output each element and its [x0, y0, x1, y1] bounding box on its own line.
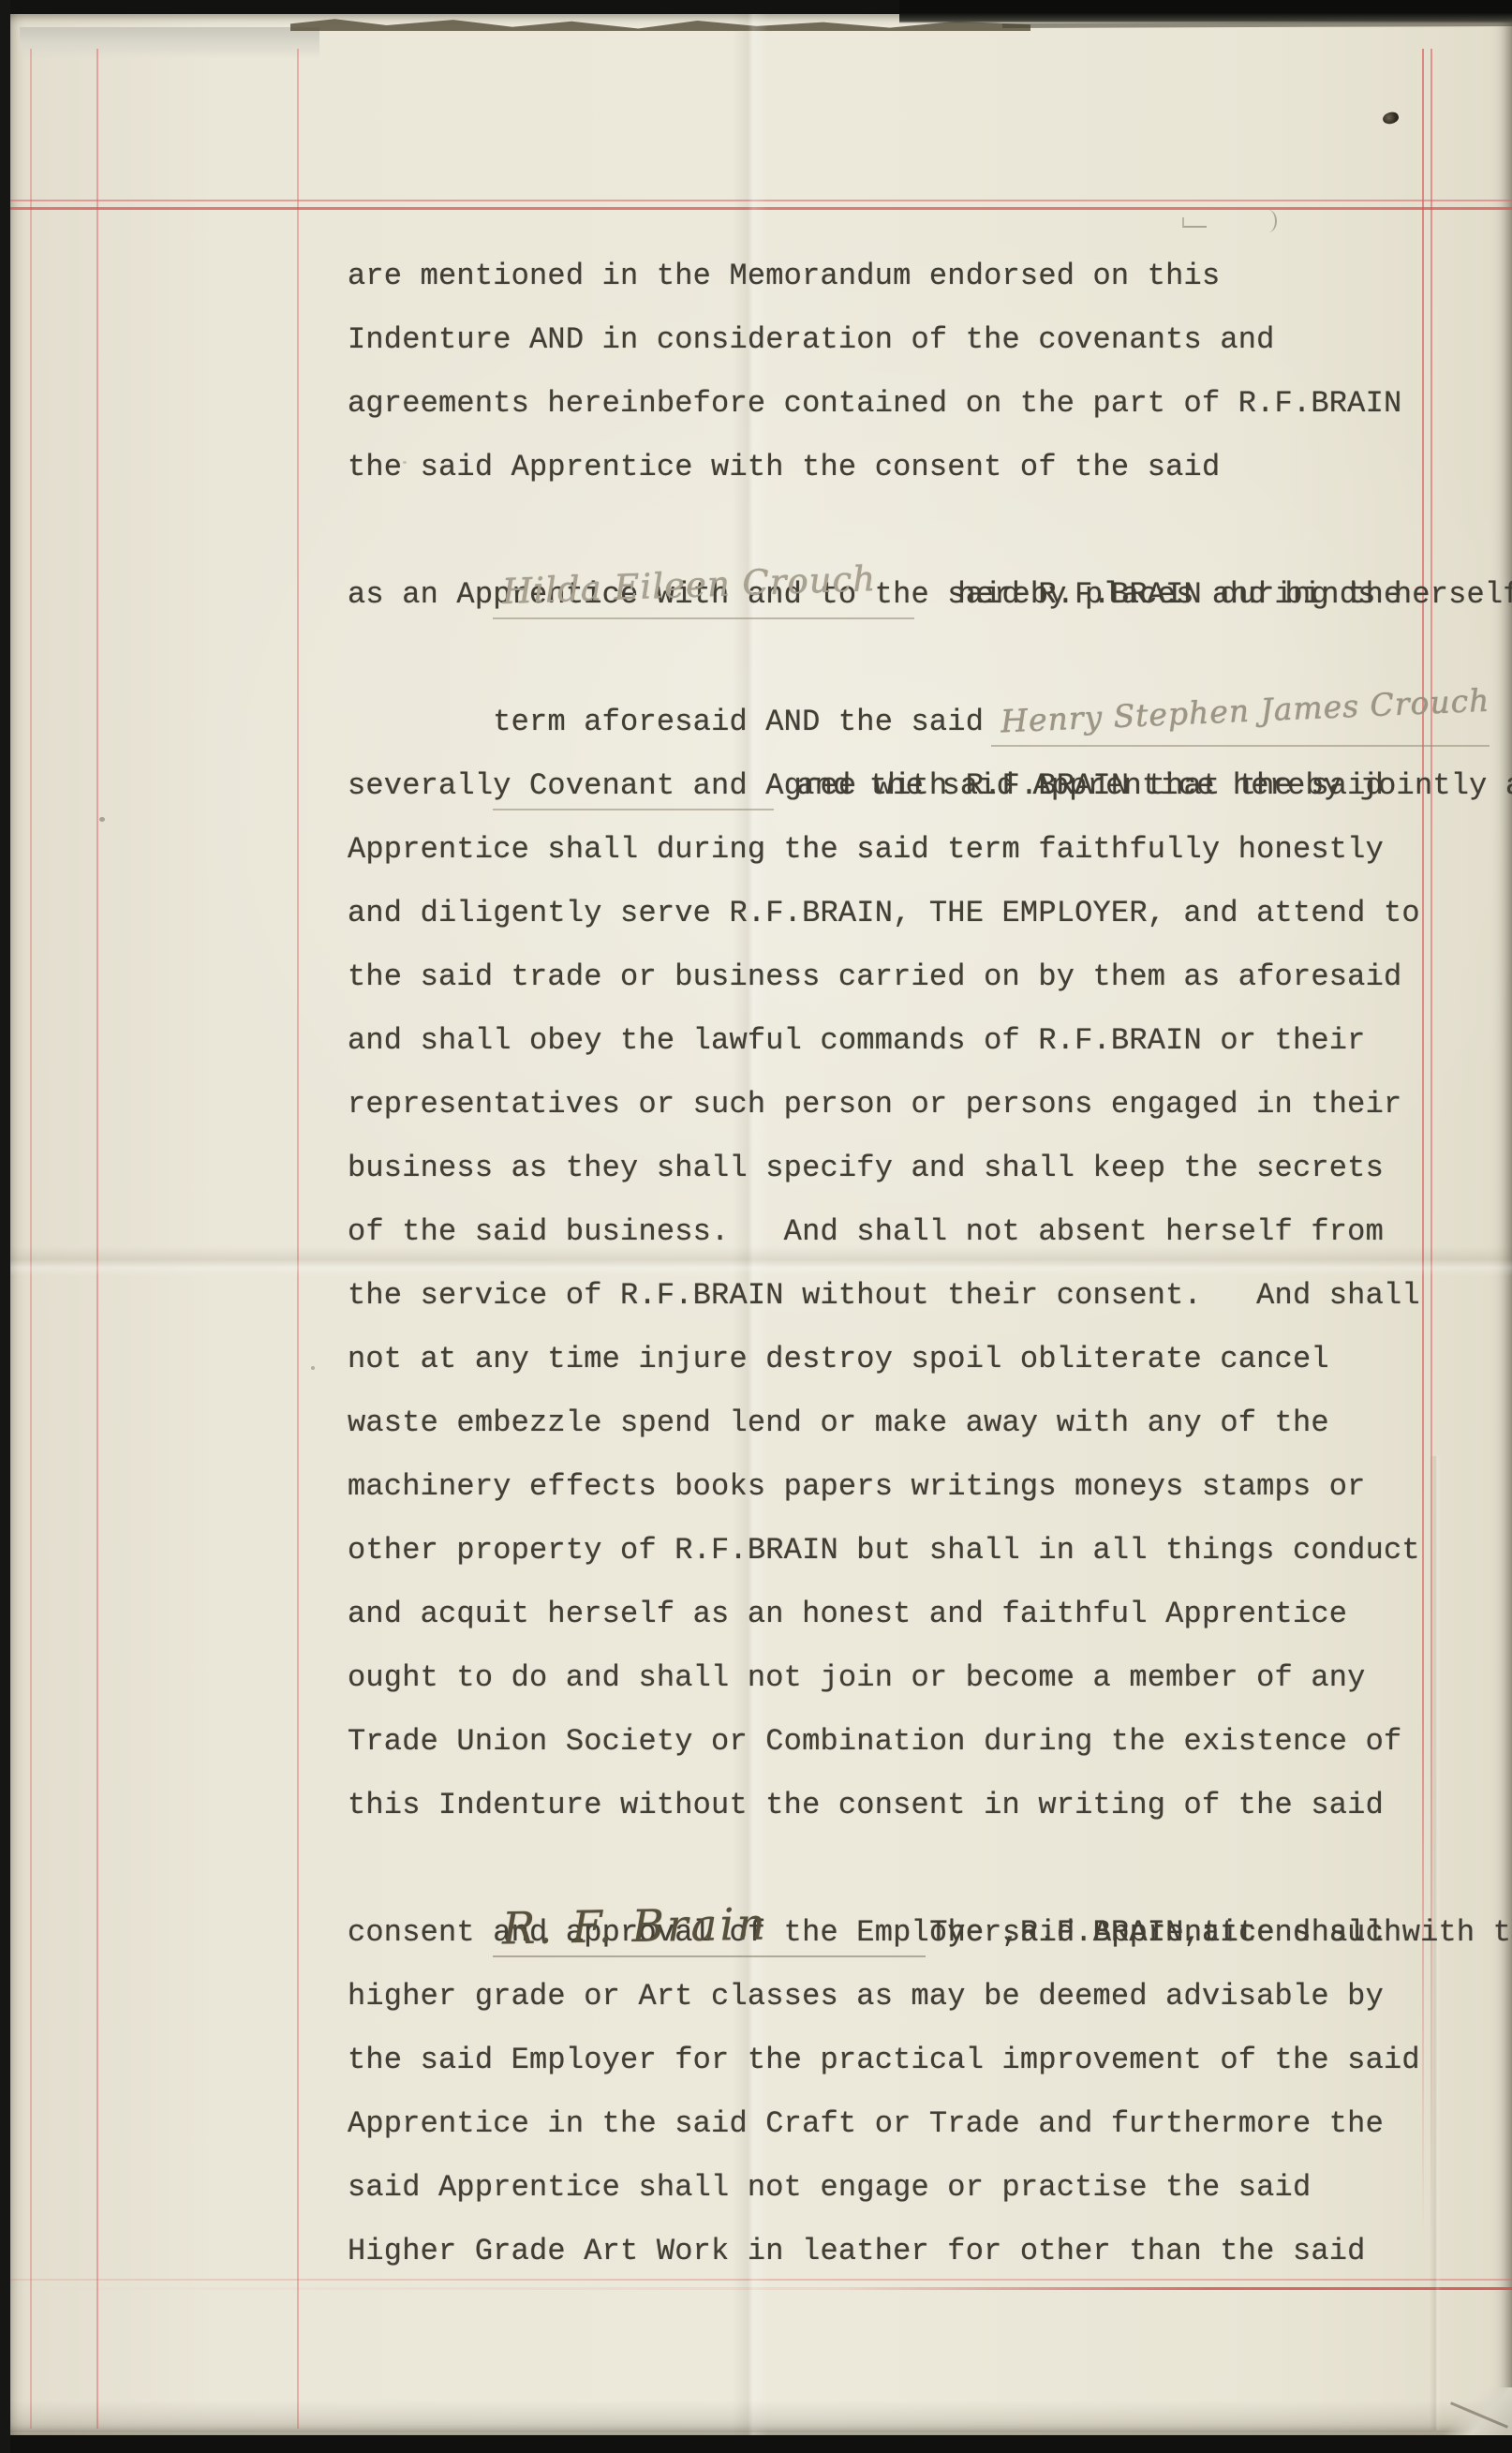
typed-line-with-signature: R. F. BrainThe said Apprentice shall wit…: [348, 1837, 1512, 1901]
typed-text: and diligently serve R.F.BRAIN, THE EMPL…: [348, 896, 1420, 930]
typed-text: term aforesaid AND the said: [493, 705, 984, 739]
typed-text: of the said business. And shall not abse…: [348, 1214, 1384, 1249]
typed-line: other property of R.F.BRAIN but shall in…: [348, 1519, 1512, 1583]
typed-text: Apprentice shall during the said term fa…: [348, 832, 1384, 867]
margin-rule-left-main: [297, 49, 299, 2429]
typed-text: Trade Union Society or Combination durin…: [348, 1724, 1401, 1759]
typed-line: the service of R.F.BRAIN without their c…: [348, 1264, 1512, 1328]
typed-line-with-handwriting: Hilda Eileen Crouchhereby places and bin…: [348, 499, 1512, 563]
handwritten-parent-name: Henry Stephen James Crouch: [1000, 669, 1491, 754]
typed-text: machinery effects books papers writings …: [348, 1469, 1366, 1504]
typed-text: representatives or such person or person…: [348, 1087, 1401, 1122]
fill-in-underline: Henry Stephen James Crouch: [991, 691, 1490, 754]
typed-line: Apprentice shall during the said term fa…: [348, 818, 1512, 882]
typed-line: the said Apprentice with the consent of …: [348, 436, 1512, 499]
typed-text: said Apprentice shall not engage or prac…: [348, 2170, 1311, 2205]
typed-line: higher grade or Art classes as may be de…: [348, 1965, 1512, 2029]
signature-underline: R. F. Brain: [493, 1901, 926, 1965]
blank-underline: [493, 754, 774, 818]
typed-text: the said trade or business carried on by…: [348, 959, 1401, 994]
ink-blot: [1382, 111, 1401, 126]
typed-line: and acquit herself as an honest and fait…: [348, 1583, 1512, 1646]
typed-line: not at any time injure destroy spoil obl…: [348, 1328, 1512, 1391]
typed-text: this Indenture without the consent in wr…: [348, 1788, 1384, 1822]
typed-line: and diligently serve R.F.BRAIN, THE EMPL…: [348, 882, 1512, 945]
typed-line: are mentioned in the Memorandum endorsed…: [348, 245, 1512, 308]
scan-edge-bottom: [0, 2435, 1512, 2453]
typed-text: the said Apprentice with the consent of …: [348, 450, 1220, 484]
typed-line: waste embezzle spend lend or make away w…: [348, 1391, 1512, 1455]
typed-text: Higher Grade Art Work in leather for oth…: [348, 2234, 1366, 2268]
typed-text: the service of R.F.BRAIN without their c…: [348, 1278, 1420, 1313]
typed-text: other property of R.F.BRAIN but shall in…: [348, 1533, 1420, 1568]
handwritten-apprentice-name: Hilda Eileen Crouch: [501, 547, 877, 624]
typed-line: of the said business. And shall not abse…: [348, 1200, 1512, 1264]
typed-text: Apprentice in the said Craft or Trade an…: [348, 2106, 1384, 2141]
scan-edge-top-right: [899, 0, 1512, 23]
margin-rule-left-outer: [30, 49, 32, 2429]
scan-edge-left: [0, 0, 10, 2453]
paper-speck: [99, 817, 105, 822]
body-text: are mentioned in the Memorandum endorsed…: [348, 245, 1512, 2283]
typed-text: business as they shall specify and shall…: [348, 1151, 1384, 1185]
typed-line: Apprentice in the said Craft or Trade an…: [348, 2092, 1512, 2156]
typed-line-with-handwriting: term aforesaid AND the saidHenry Stephen…: [348, 627, 1512, 691]
typed-line: this Indenture without the consent in wr…: [348, 1774, 1512, 1837]
typed-text: and acquit herself as an honest and fait…: [348, 1597, 1347, 1631]
typed-line: the said trade or business carried on by…: [348, 945, 1512, 1009]
margin-rule-left-inner: [96, 49, 98, 2429]
employer-signature: R. F. Brain: [502, 1894, 769, 1962]
typed-line: machinery effects books papers writings …: [348, 1455, 1512, 1519]
typed-text: and shall obey the lawful commands of R.…: [348, 1023, 1366, 1058]
typed-line: business as they shall specify and shall…: [348, 1137, 1512, 1200]
typed-line: representatives or such person or person…: [348, 1073, 1512, 1137]
typed-text: waste embezzle spend lend or make away w…: [348, 1405, 1329, 1440]
typed-line: Trade Union Society or Combination durin…: [348, 1710, 1512, 1774]
typed-text: higher grade or Art classes as may be de…: [348, 1979, 1384, 2014]
bottom-edge-shadow: [9, 2401, 1512, 2432]
typed-text: are mentioned in the Memorandum endorsed…: [348, 259, 1220, 293]
typed-text: ought to do and shall not join or become…: [348, 1660, 1366, 1695]
typed-line: Higher Grade Art Work in leather for oth…: [348, 2220, 1512, 2283]
typed-line: agreements hereinbefore contained on the…: [348, 372, 1512, 436]
typed-line: Indenture AND in consideration of the co…: [348, 308, 1512, 372]
pencil-mark: [1263, 210, 1277, 232]
fill-in-underline: Hilda Eileen Crouch: [493, 563, 914, 627]
indenture-page: are mentioned in the Memorandum endorsed…: [9, 13, 1512, 2436]
typed-line: and shall obey the lawful commands of R.…: [348, 1009, 1512, 1073]
underlying-sheet-sliver: [20, 27, 319, 59]
typed-text: agreements hereinbefore contained on the…: [348, 386, 1401, 421]
typed-text: not at any time injure destroy spoil obl…: [348, 1342, 1329, 1376]
typed-text: the said Employer for the practical impr…: [348, 2043, 1420, 2077]
typed-line: the said Employer for the practical impr…: [348, 2029, 1512, 2092]
typed-text: Indenture AND in consideration of the co…: [348, 322, 1275, 357]
typed-line: said Apprentice shall not engage or prac…: [348, 2156, 1512, 2220]
paper-speck: [311, 1366, 315, 1370]
pencil-mark: [1182, 217, 1207, 228]
typed-line: ought to do and shall not join or become…: [348, 1646, 1512, 1710]
